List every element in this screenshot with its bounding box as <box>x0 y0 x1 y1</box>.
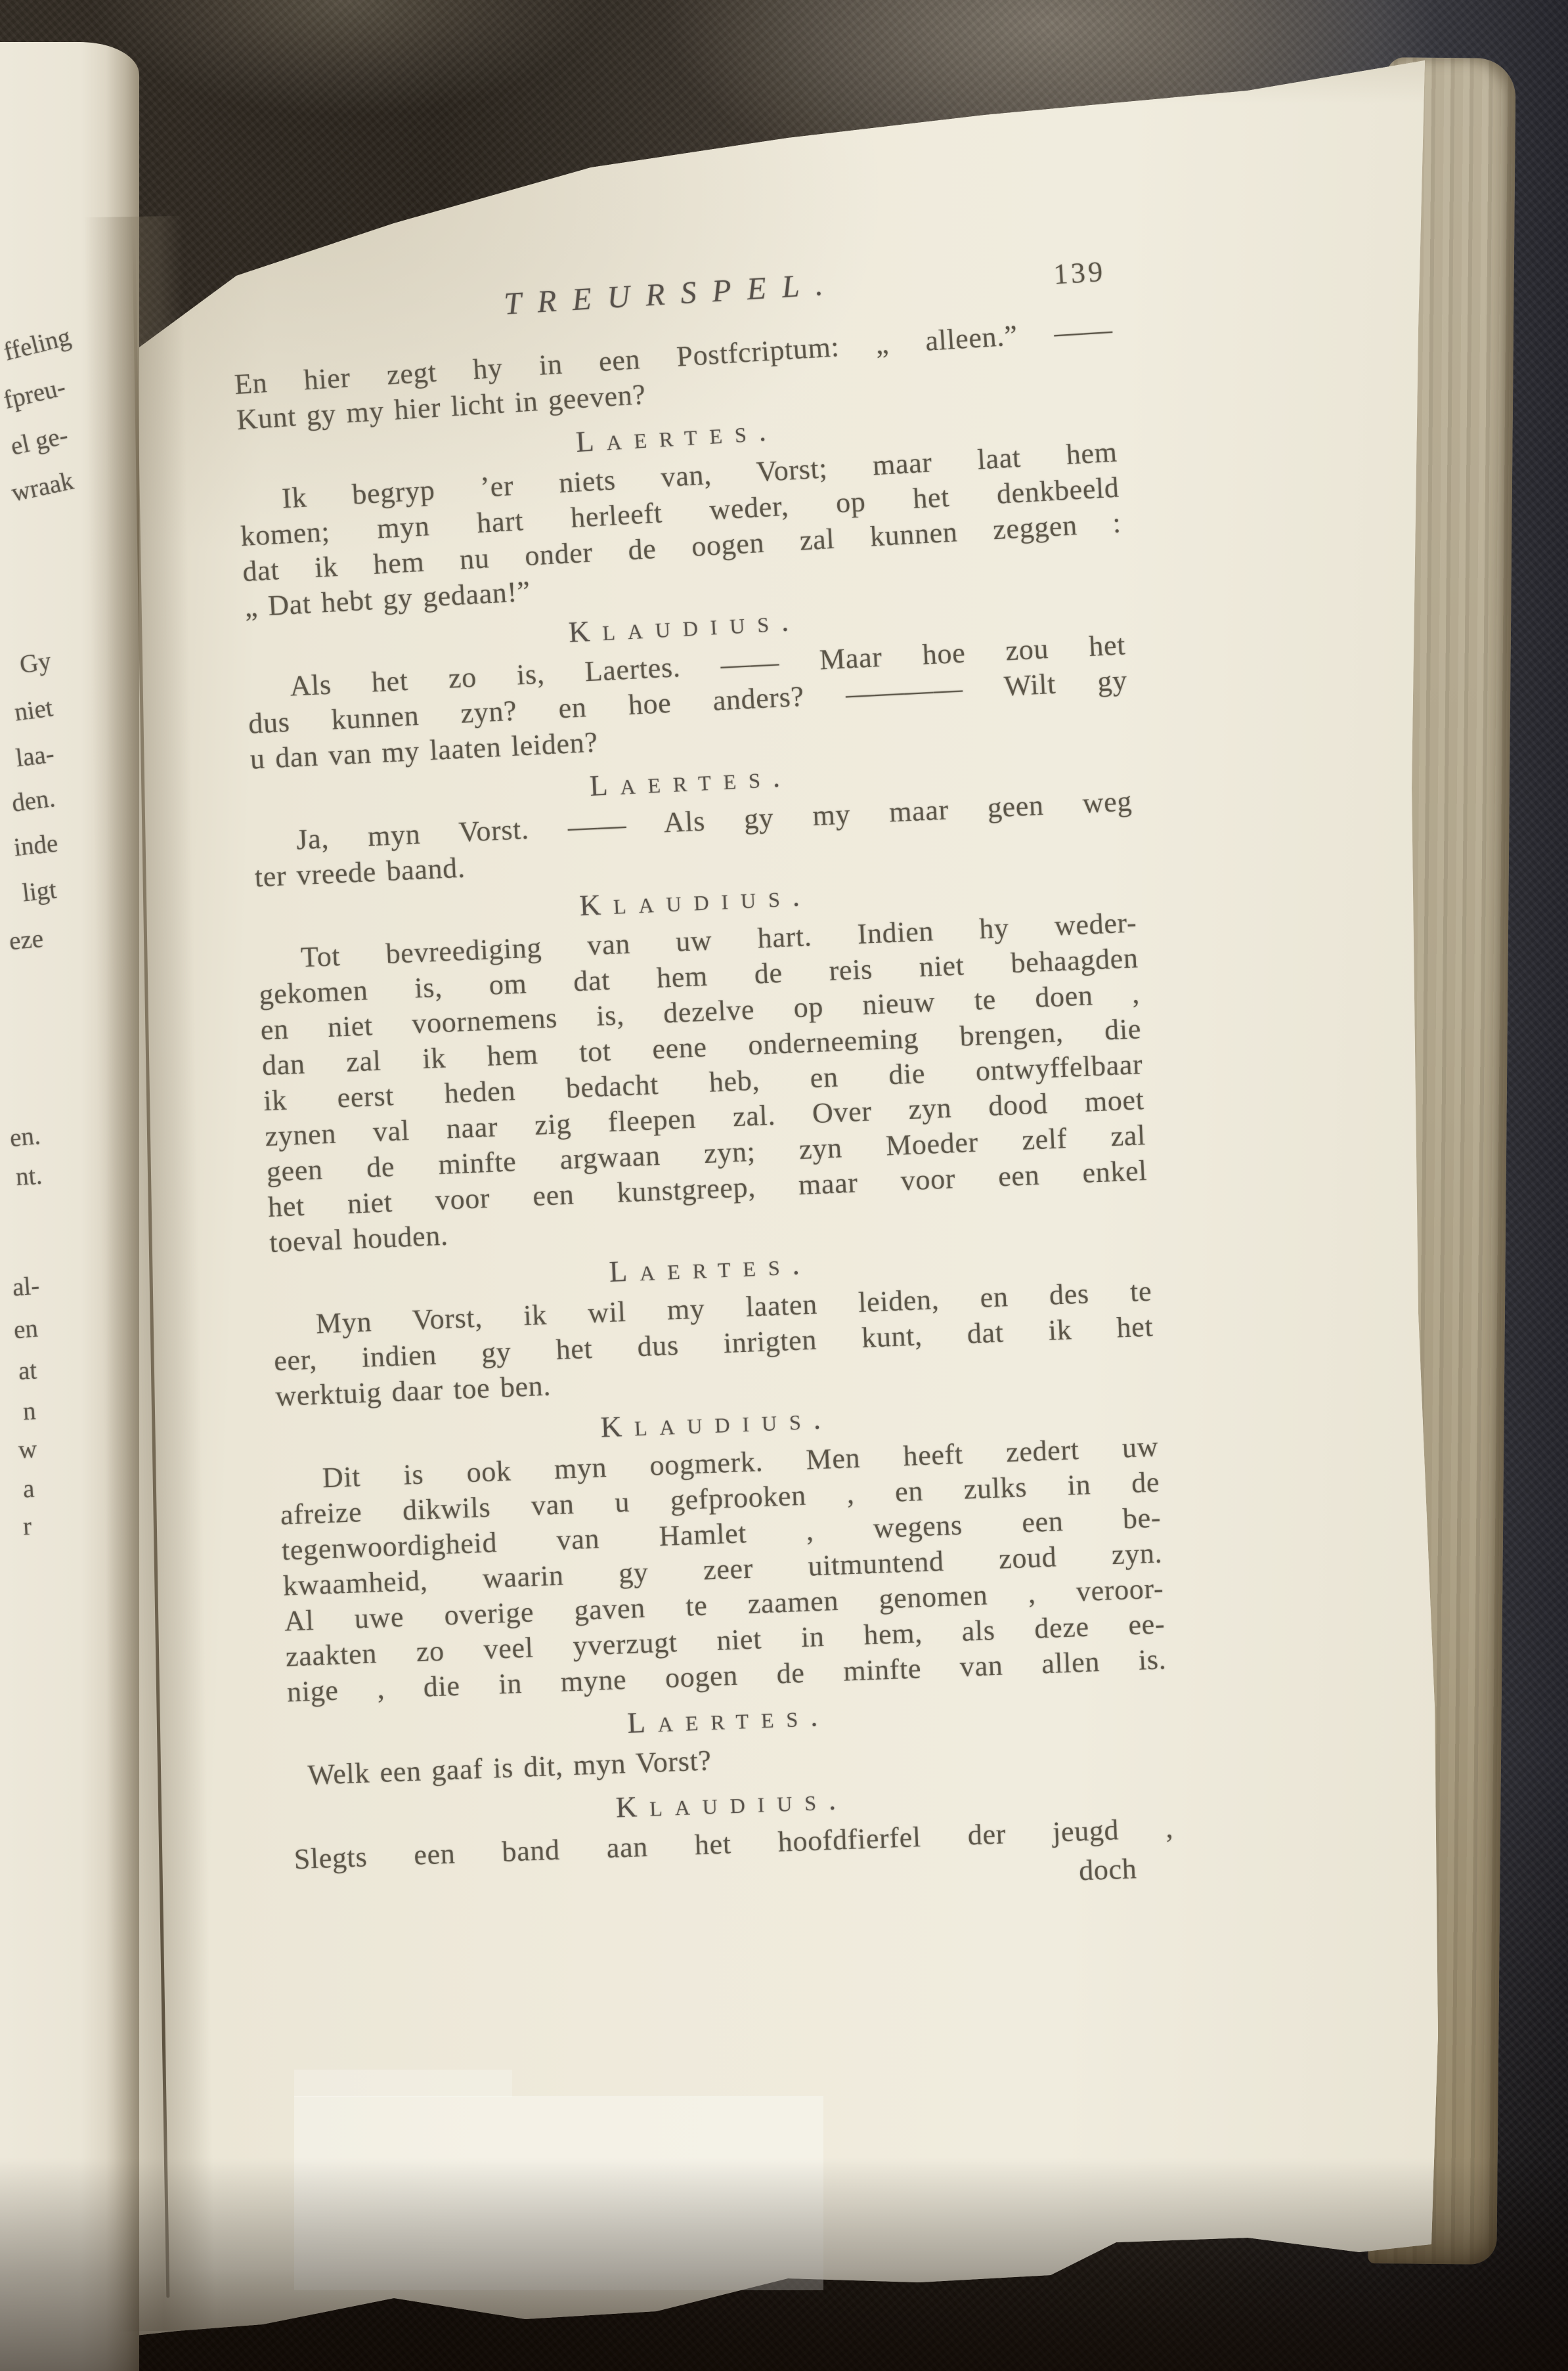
left-page-fragment: w <box>18 1436 37 1462</box>
light-reflection <box>294 2096 823 2290</box>
left-page-fragment: nt. <box>15 1163 43 1190</box>
light-reflection <box>294 2070 512 2097</box>
left-page-fragment: en <box>13 1316 39 1343</box>
left-page-fragment: laa- <box>14 741 55 772</box>
left-page-fragment: r <box>22 1513 32 1540</box>
left-page-fragment: n <box>22 1399 36 1425</box>
page-number: 139 <box>1053 254 1106 293</box>
left-page-fragment: at <box>18 1357 37 1383</box>
left-page-fragment: den. <box>11 785 56 816</box>
dialogue-paragraph: Tot bevreediging van uw hart. Indien hy … <box>257 905 1149 1261</box>
left-page-fragment: inde <box>12 831 59 861</box>
left-page-fragment: fpreu- <box>1 374 68 413</box>
left-page-fragment: el ge- <box>9 422 70 459</box>
left-page-fragment: Gy <box>18 648 53 678</box>
left-page-fragment: wraak <box>9 468 76 506</box>
left-page-fragment: ligt <box>21 877 58 905</box>
book-photo: ffeling fpreu- el ge- wraak Gy niet laa-… <box>0 0 1568 2371</box>
left-page-fragment: al- <box>12 1273 41 1301</box>
left-page-fragment: eze <box>8 926 44 954</box>
left-page-fragment: ffeling <box>1 324 74 365</box>
page-text: TREURSPEL. 139 En hier zegt hy in een Po… <box>231 259 1175 1919</box>
left-page-fragment: a <box>22 1476 35 1502</box>
left-page-fragment: en. <box>9 1123 42 1151</box>
left-page-fragment: niet <box>12 695 54 726</box>
dialogue-paragraph: Dit is ook myn oogmerk. Men heeft zedert… <box>278 1429 1167 1710</box>
